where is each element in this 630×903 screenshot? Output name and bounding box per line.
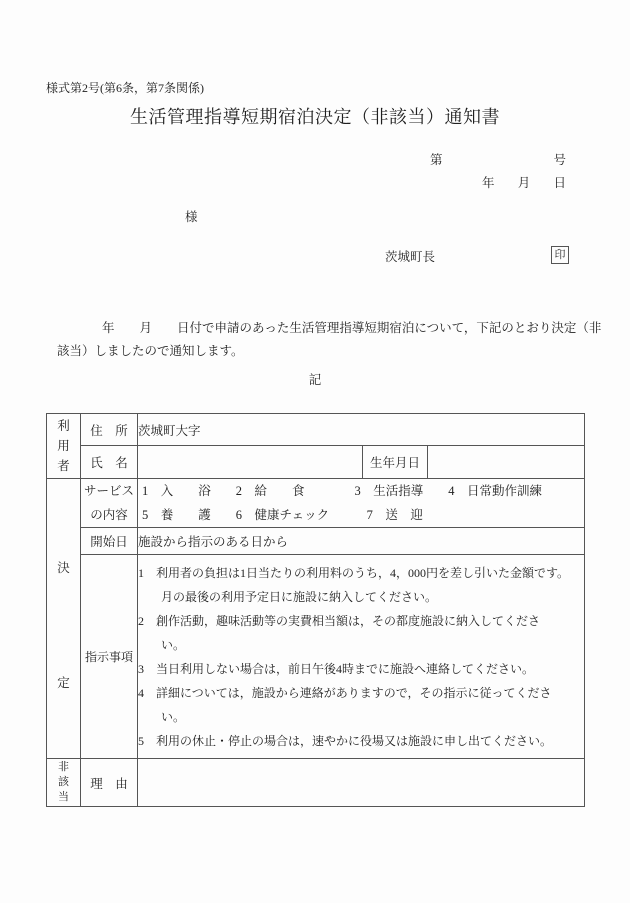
page-title: 生活管理指導短期宿泊決定（非該当）通知書 [0,103,630,129]
doc-number-suffix: 号 [553,150,566,168]
row-reason: 非該当 理 由 [47,759,585,807]
service-options-line-1: 1 入 浴 2 給 食 3 生活指導 4 日常動作訓練 [138,479,584,503]
instruction-line: 5 利用の休止・停止の場合は，速やかに役場又は施設に申し出てください。 [138,729,584,753]
instructions-label: 指示事項 [81,555,138,759]
ineligible-section-label: 非該当 [47,759,81,807]
service-content-label: サービス の内容 [81,479,138,528]
user-section-label: 利用者 [47,414,81,479]
doc-number-prefix: 第 [430,150,443,168]
record-mark: 記 [0,370,630,388]
address-label: 住 所 [81,414,138,446]
row-instructions: 指示事項 1 利用者の負担は1日当たりの利用料のうち，4，000円を差し引いた金… [47,555,585,759]
body-paragraph: 年 月 日付で申請のあった生活管理指導短期宿泊について，下記のとおり決定（非 該… [57,317,589,363]
birthdate-label: 生年月日 [363,446,428,479]
row-service: 決定 サービス の内容 1 入 浴 2 給 食 3 生活指導 4 日常動作訓練 … [47,479,585,528]
date-line: 年 月 日 [482,173,566,191]
notice-table: 利用者 住 所 茨城町大字 氏 名 生年月日 決定 サービス の内容 1 入 浴… [46,413,585,807]
addressee-honorific: 様 [185,207,198,225]
decision-section-label: 決定 [47,479,81,759]
instruction-line: 3 当日利用しない場合は，前日午後4時までに施設へ連絡してください。 [138,657,584,681]
service-options: 1 入 浴 2 給 食 3 生活指導 4 日常動作訓練 5 養 護 6 健康チェ… [138,479,585,528]
row-address: 利用者 住 所 茨城町大字 [47,414,585,446]
reason-label: 理 由 [81,759,138,807]
body-line-1: 年 月 日付で申請のあった生活管理指導短期宿泊について，下記のとおり決定（非 [57,317,589,340]
instruction-line: い。 [138,705,584,729]
start-date-label: 開始日 [81,528,138,555]
date-year-label: 年 [482,173,495,191]
service-options-line-2: 5 養 護 6 健康チェック 7 送 迎 [138,503,584,527]
doc-number-line: 第 号 [430,150,566,168]
seal-mark: 印 [551,246,569,264]
issuer-name: 茨城町長 [385,247,435,265]
body-line-2: 該当）しましたので通知します。 [57,340,589,363]
date-day-label: 日 [553,173,566,191]
instructions-content: 1 利用者の負担は1日当たりの利用料のうち，4，000円を差し引いた金額です。 … [138,555,585,759]
instruction-line: 1 利用者の負担は1日当たりの利用料のうち，4，000円を差し引いた金額です。 [138,561,584,585]
name-label: 氏 名 [81,446,138,479]
row-name: 氏 名 生年月日 [47,446,585,479]
instruction-line: 4 詳細については，施設から連絡がありますので，その指示に従ってくださ [138,681,584,705]
instruction-line: 2 創作活動，趣味活動等の実費相当額は，その都度施設に納入してくださ [138,609,584,633]
name-value-field [138,446,363,479]
row-start-date: 開始日 施設から指示のある日から [47,528,585,555]
address-value: 茨城町大字 [138,414,585,446]
reason-value-field [138,759,585,807]
document-page: 様式第2号(第6条，第7条関係) 生活管理指導短期宿泊決定（非該当）通知書 第 … [0,0,630,903]
start-date-value: 施設から指示のある日から [138,528,585,555]
date-month-label: 月 [518,173,531,191]
form-number: 様式第2号(第6条，第7条関係) [46,79,204,96]
birthdate-value-field [428,446,585,479]
instruction-line: 月の最後の利用予定日に施設に納入してください。 [138,585,584,609]
instruction-line: い。 [138,633,584,657]
